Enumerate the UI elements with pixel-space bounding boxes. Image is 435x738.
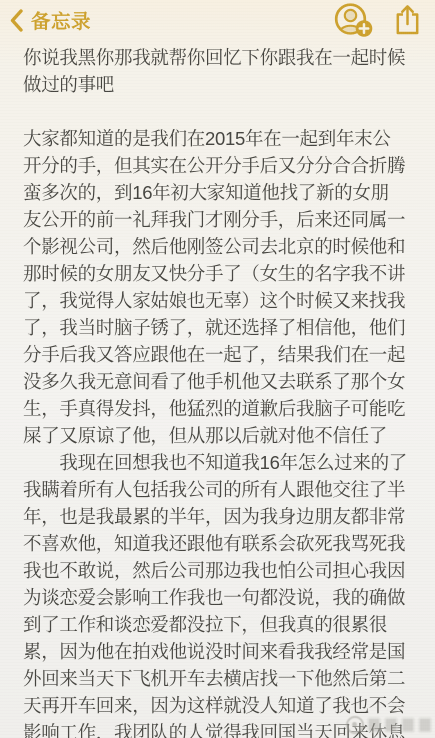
note-line: 大家都知道的是我们在2015年在一起到年末公: [23, 125, 417, 152]
note-line: 了，我觉得人家姑娘也无辜）这个时候又来找我: [23, 287, 417, 314]
note-line: [23, 98, 417, 125]
note-line: 影响工作，我团队的人觉得我回国当天回来休息: [23, 719, 417, 738]
note-line: 那时候的女朋友又快分手了（女生的名字我不讲: [23, 260, 417, 287]
note-line: 不喜欢他，知道我还跟他有联系会砍死我骂死我: [23, 530, 417, 557]
person-add-icon: [333, 2, 374, 38]
note-line: 友公开的前一礼拜我门才刚分手，后来还同属一: [23, 206, 417, 233]
note-line: 到了工作和谈恋爱都没拉下，但我真的很累很: [23, 611, 417, 638]
chevron-left-icon: [10, 9, 23, 32]
note-line: 外回来当天下飞机开车去横店找一下他然后第二: [23, 665, 417, 692]
note-line: 你说我黑你那我就帮你回忆下你跟我在一起时候: [23, 44, 417, 71]
note-line: 生，手真得发抖，他猛烈的道歉后我脑子可能吃: [23, 395, 417, 422]
share-icon: [394, 4, 421, 36]
share-button[interactable]: [394, 4, 421, 36]
note-line: 屎了又原谅了他，但从那以后就对他不信任了: [23, 422, 417, 449]
note-line: 天再开车回来，因为这样就没人知道了我也不会: [23, 692, 417, 719]
note-line: 做过的事吧: [23, 71, 417, 98]
note-text: 你说我黑你那我就帮你回忆下你跟我在一起时候做过的事吧大家都知道的是我们在2015…: [23, 44, 417, 738]
note-line: 我也不敢说，然后公司那边我也怕公司担心我因: [23, 557, 417, 584]
note-line: 开分的手，但其实在公开分手后又分分合合折腾: [23, 152, 417, 179]
note-line: 个影视公司，然后他刚签公司去北京的时候他和: [23, 233, 417, 260]
note-line: 分手后我又答应跟他在一起了，结果我们在一起: [23, 341, 417, 368]
note-line: 为谈恋爱会影响工作我也一句都没说，我的确做: [23, 584, 417, 611]
note-line: 年，也是我最累的半年，因为我身边朋友都非常: [23, 503, 417, 530]
notes-app-screen: 备忘录: [0, 0, 435, 738]
note-line: 我现在回想我也不知道我16年怎么过来的了: [23, 449, 417, 476]
note-line: 我瞒着所有人包括我公司的所有人跟他交往了半: [23, 476, 417, 503]
nav-actions: [333, 2, 421, 38]
note-line: 蛮多次的，到16年初大家知道他找了新的女朋: [23, 179, 417, 206]
note-line: 没多久我无意间看了他手机他又去联系了那个女: [23, 368, 417, 395]
note-line: 了，我当时脑子锈了，就还选择了相信他，他们: [23, 314, 417, 341]
note-line: 累，因为他在拍戏他说没时间来看我我经常是国: [23, 638, 417, 665]
collaborate-button[interactable]: [333, 2, 374, 38]
nav-bar: 备忘录: [0, 0, 435, 40]
back-button[interactable]: 备忘录: [10, 6, 91, 34]
back-button-label: 备忘录: [31, 6, 91, 34]
note-content[interactable]: 你说我黑你那我就帮你回忆下你跟我在一起时候做过的事吧大家都知道的是我们在2015…: [0, 40, 435, 738]
